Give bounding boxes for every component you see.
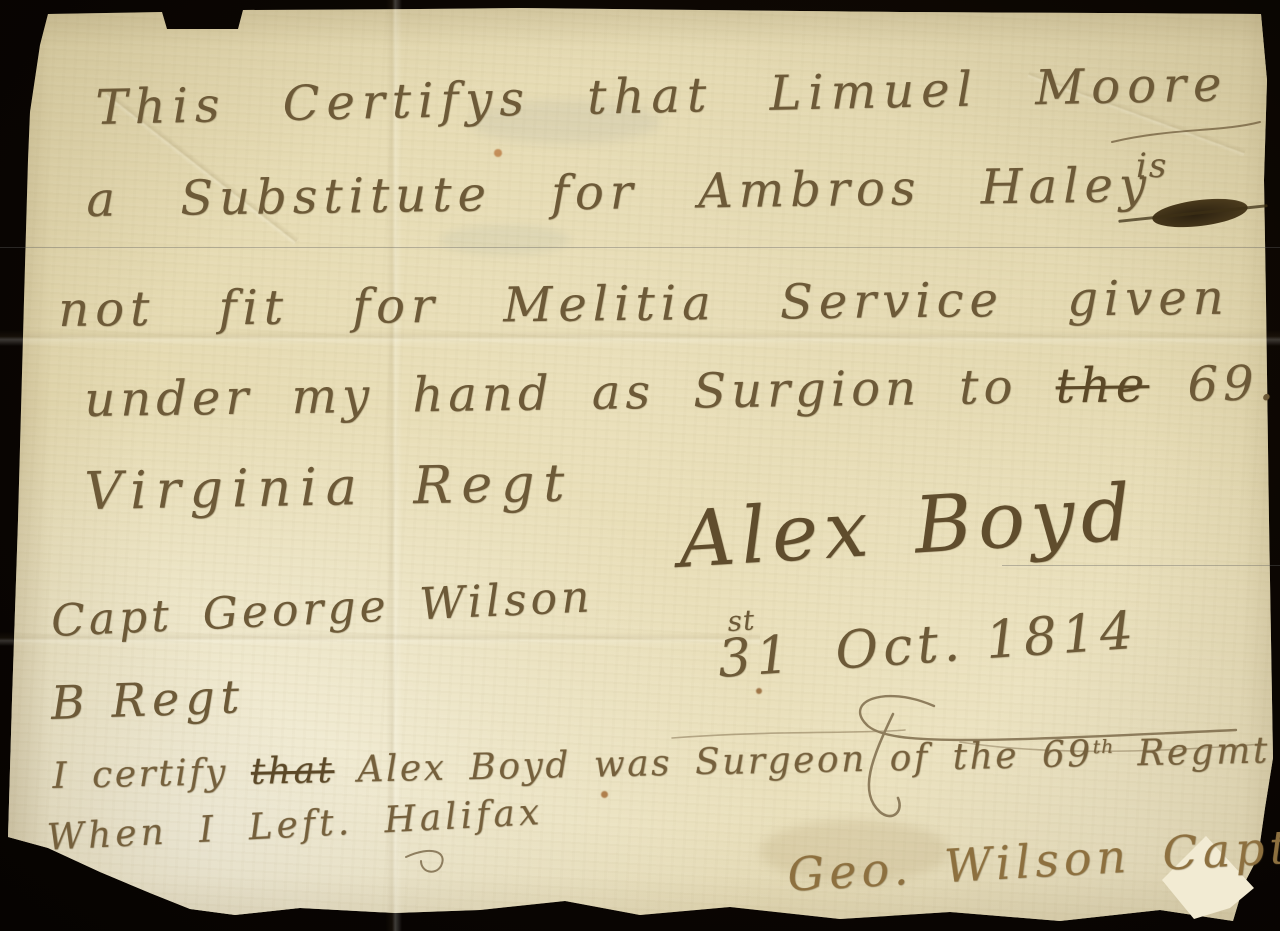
inserted-word-is: is (1136, 146, 1168, 186)
scanned-document-page: { "scan": { "background_color": "#0b0602… (0, 0, 1280, 931)
certify-start: I certify (52, 752, 228, 797)
date-ordinal-superscript: st (726, 603, 756, 638)
certify-struck-word: that (250, 750, 334, 793)
certify-ordinal-superscript: th (1092, 737, 1114, 758)
regiment-number: 69. (1187, 355, 1279, 412)
regiment-line: B Regt (50, 669, 246, 730)
certify-end: Regmt (1137, 730, 1270, 774)
virginia-regiment-line: Virginia Regt (84, 453, 574, 522)
struck-word-the: the (1055, 357, 1149, 414)
